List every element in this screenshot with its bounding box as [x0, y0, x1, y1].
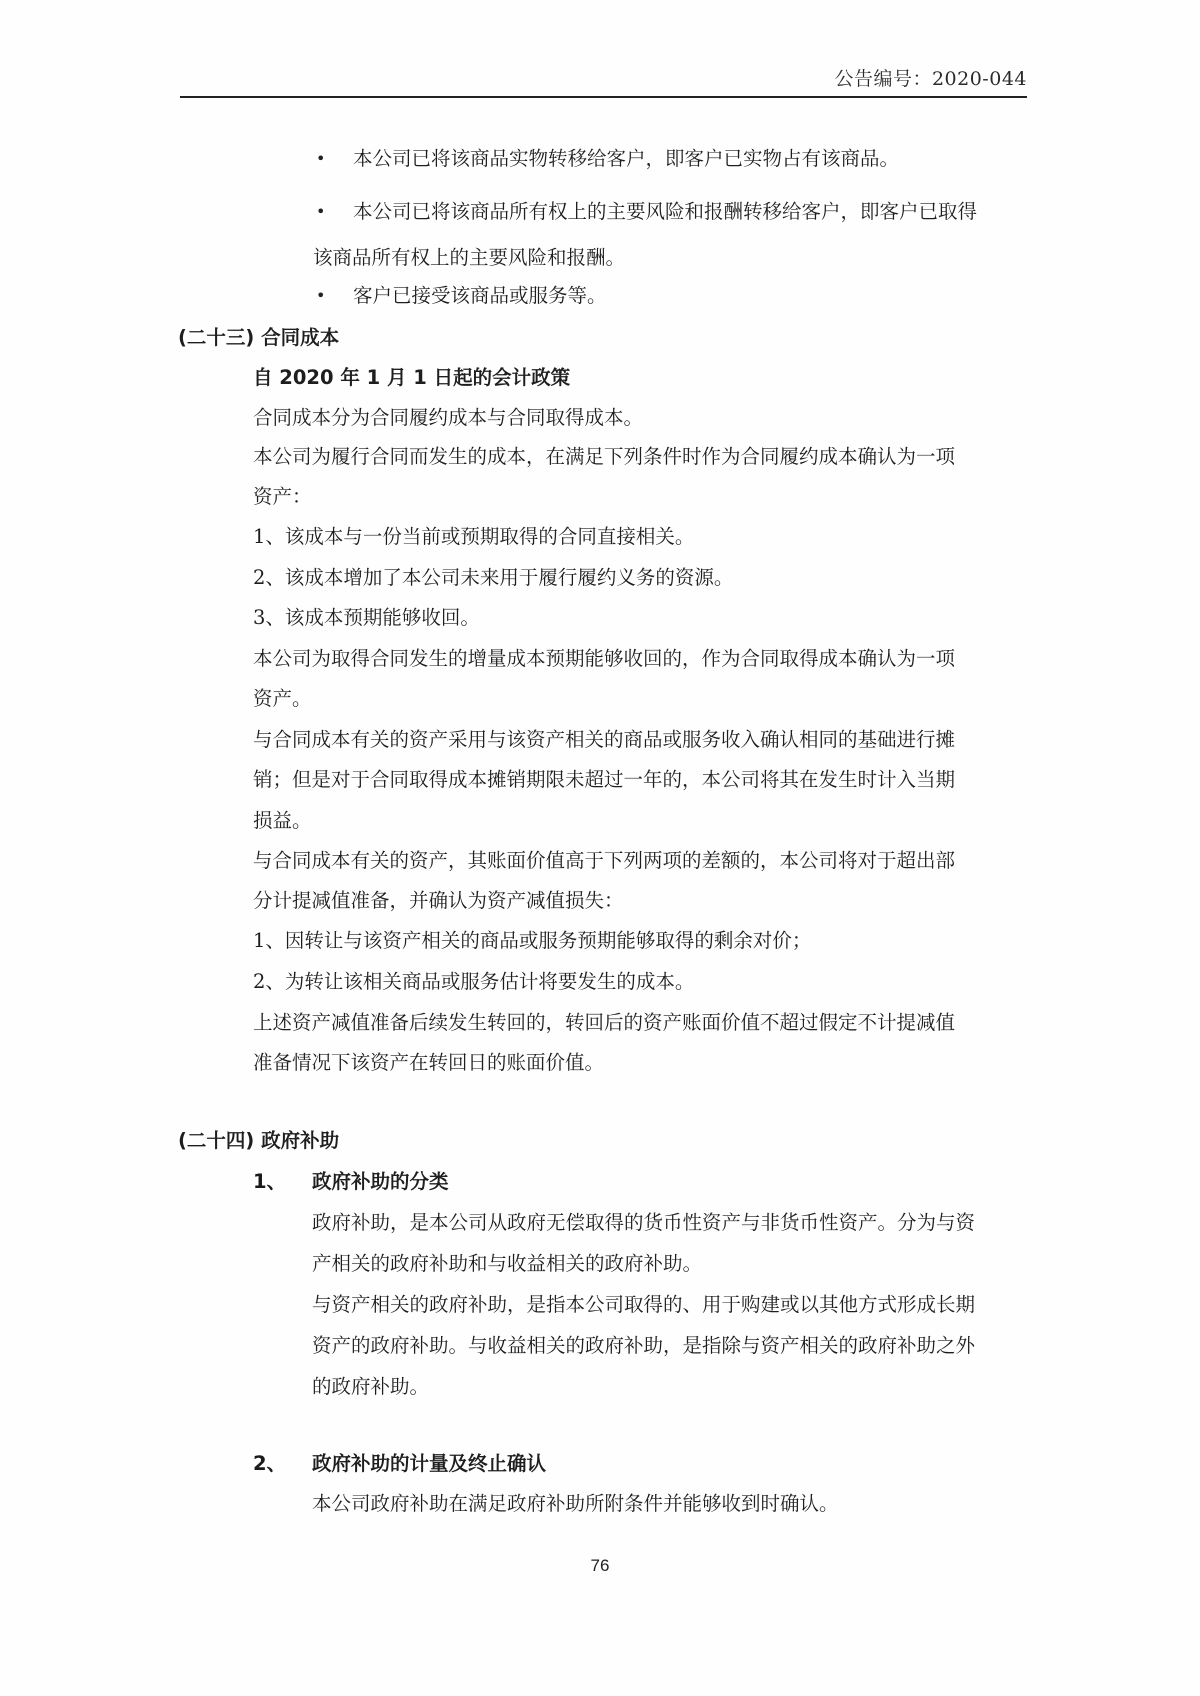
- list-item: 2、该成本增加了本公司未来用于履行履约义务的资源。: [253, 565, 733, 591]
- subsection-number: 2、: [253, 1451, 286, 1477]
- paragraph-line: 与合同成本有关的资产，其账面价值高于下列两项的差额的，本公司将对于超出部: [253, 848, 955, 874]
- paragraph-line: 资产的政府补助。与收益相关的政府补助，是指除与资产相关的政府补助之外: [312, 1333, 975, 1359]
- list-item: 1、该成本与一份当前或预期取得的合同直接相关。: [253, 524, 694, 550]
- section-heading: (二十四) 政府补助: [178, 1128, 339, 1154]
- paragraph-line: 分计提减值准备，并确认为资产减值损失：: [253, 888, 624, 914]
- list-item: 3、该成本预期能够收回。: [253, 605, 480, 631]
- paragraph-line: 上述资产减值准备后续发生转回的，转回后的资产账面价值不超过假定不计提减值: [253, 1010, 955, 1036]
- bullet-icon: •: [316, 199, 325, 225]
- bullet-item: 客户已接受该商品或服务等。: [353, 283, 607, 309]
- section-heading: (二十三) 合同成本: [178, 325, 339, 351]
- page-header: 公告编号：2020-044: [180, 62, 1027, 98]
- paragraph-line: 产相关的政府补助和与收益相关的政府补助。: [312, 1251, 702, 1277]
- subsection-number: 1、: [253, 1169, 286, 1195]
- bullet-item-continuation: 该商品所有权上的主要风险和报酬。: [313, 245, 625, 271]
- bullet-item: 本公司已将该商品实物转移给客户，即客户已实物占有该商品。: [353, 146, 899, 172]
- list-item: 1、因转让与该资产相关的商品或服务预期能够取得的剩余对价；: [253, 928, 811, 954]
- page-number: 76: [0, 1556, 1200, 1576]
- paragraph-line: 损益。: [253, 808, 312, 834]
- paragraph-line: 资产。: [253, 686, 312, 712]
- subsection-heading: 政府补助的计量及终止确认: [312, 1451, 546, 1477]
- announcement-number: 公告编号：2020-044: [834, 64, 1027, 91]
- paragraph-line: 资产：: [253, 484, 312, 510]
- paragraph-line: 本公司为取得合同发生的增量成本预期能够收回的，作为合同取得成本确认为一项: [253, 646, 955, 672]
- paragraph-line: 本公司政府补助在满足政府补助所附条件并能够收到时确认。: [312, 1491, 839, 1517]
- list-item: 2、为转让该相关商品或服务估计将要发生的成本。: [253, 969, 694, 995]
- paragraph-line: 销；但是对于合同取得成本摊销期限未超过一年的，本公司将其在发生时计入当期: [253, 767, 955, 793]
- paragraph-line: 政府补助，是本公司从政府无偿取得的货币性资产与非货币性资产。分为与资: [312, 1210, 975, 1236]
- document-page: 公告编号：2020-044 • 本公司已将该商品实物转移给客户，即客户已实物占有…: [0, 0, 1200, 1696]
- bullet-item: 本公司已将该商品所有权上的主要风险和报酬转移给客户，即客户已取得: [353, 199, 977, 225]
- paragraph-line: 合同成本分为合同履约成本与合同取得成本。: [253, 405, 643, 431]
- subsection-heading: 政府补助的分类: [312, 1169, 449, 1195]
- paragraph-line: 准备情况下该资产在转回日的账面价值。: [253, 1050, 604, 1076]
- bullet-icon: •: [316, 283, 325, 309]
- paragraph-line: 与资产相关的政府补助，是指本公司取得的、用于购建或以其他方式形成长期: [312, 1292, 975, 1318]
- paragraph-line: 的政府补助。: [312, 1374, 429, 1400]
- paragraph-line: 本公司为履行合同而发生的成本，在满足下列条件时作为合同履约成本确认为一项: [253, 444, 955, 470]
- policy-heading: 自 2020 年 1 月 1 日起的会计政策: [253, 365, 570, 391]
- bullet-icon: •: [316, 146, 325, 172]
- paragraph-line: 与合同成本有关的资产采用与该资产相关的商品或服务收入确认相同的基础进行摊: [253, 727, 955, 753]
